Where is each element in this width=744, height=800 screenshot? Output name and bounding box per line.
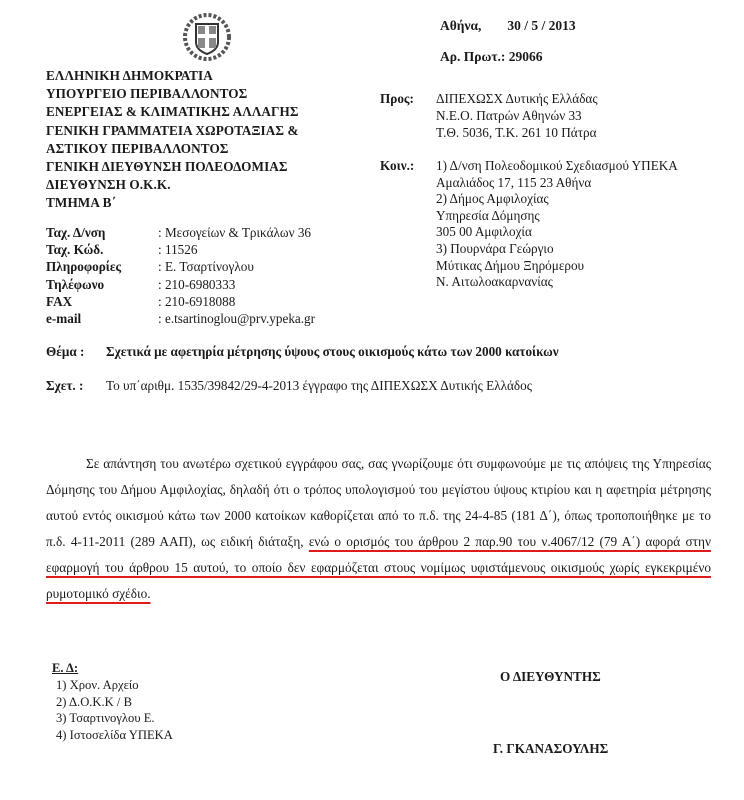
distribution-item: 4) Ιστοσελίδα ΥΠΕΚΑ [52, 727, 173, 744]
recipient-label: Προς: [380, 90, 436, 141]
contact-value: : 210-6918088 [158, 293, 235, 310]
contact-label: e-mail [46, 310, 158, 327]
cc-line: Μύτικας Δήμου Ξηρόμερου [436, 258, 678, 275]
cc-lines: 1) Δ/νση Πολεοδομικού Σχεδιασμού ΥΠΕΚΑ Α… [436, 158, 678, 291]
header-line: ΕΝΕΡΓΕΙΑΣ & ΚΛΙΜΑΤΙΚΗΣ ΑΛΛΑΓΗΣ [46, 103, 299, 121]
cc-line: 2) Δήμος Αμφιλοχίας [436, 191, 678, 208]
document-date: Αθήνα,30 / 5 / 2013 [440, 18, 576, 34]
contact-block: Ταχ. Δ/νση: Μεσογείων & Τρικάλων 36 Ταχ.… [46, 224, 315, 327]
contact-email: e-mail: e.tsartinoglou@prv.ypeka.gr [46, 310, 315, 327]
date-value: 30 / 5 / 2013 [507, 18, 575, 33]
recipient-line: Ν.Ε.Ο. Πατρών Αθηνών 33 [436, 107, 598, 124]
protocol-number: Αρ. Πρωτ.: 29066 [440, 49, 543, 65]
cc-line: Αμαλιάδος 17, 115 23 Αθήνα [436, 175, 678, 192]
contact-value: : 11526 [158, 241, 197, 258]
reference-label: Σχετ. : [46, 378, 106, 394]
contact-fax: FAX: 210-6918088 [46, 293, 315, 310]
contact-address: Ταχ. Δ/νση: Μεσογείων & Τρικάλων 36 [46, 224, 315, 241]
contact-info: Πληροφορίες: Ε. Τσαρτίνογλου [46, 258, 315, 275]
header-line: ΥΠΟΥΡΓΕΙΟ ΠΕΡΙΒΑΛΛΟΝΤΟΣ [46, 85, 299, 103]
body-paragraph: Σε απάντηση του ανωτέρω σχετικού εγγράφο… [46, 451, 711, 607]
distribution-item: 2) Δ.Ο.Κ.Κ / Β [52, 694, 173, 711]
recipient-line: ΔΙΠΕΧΩΣΧ Δυτικής Ελλάδας [436, 90, 598, 107]
distribution-title: Ε. Δ: [52, 660, 173, 677]
recipient-block: Προς: ΔΙΠΕΧΩΣΧ Δυτικής Ελλάδας Ν.Ε.Ο. Πα… [380, 90, 598, 141]
subject-value: Σχετικά με αφετηρία μέτρησης ύψους στους… [106, 344, 559, 360]
ministry-header: ΕΛΛΗΝΙΚΗ ΔΗΜΟΚΡΑΤΙΑ ΥΠΟΥΡΓΕΙΟ ΠΕΡΙΒΑΛΛΟΝ… [46, 67, 299, 213]
header-line: ΓΕΝΙΚΗ ΔΙΕΥΘΥΝΣΗ ΠΟΛΕΟΔΟΜΙΑΣ [46, 158, 299, 176]
cc-block: Κοιν.: 1) Δ/νση Πολεοδομικού Σχεδιασμού … [380, 158, 678, 291]
date-place: Αθήνα, [440, 18, 481, 33]
distribution-item: 3) Τσαρτινογλου Ε. [52, 710, 173, 727]
subject-label: Θέμα : [46, 344, 106, 360]
contact-value: : Ε. Τσαρτίνογλου [158, 258, 254, 275]
header-line: ΕΛΛΗΝΙΚΗ ΔΗΜΟΚΡΑΤΙΑ [46, 67, 299, 85]
distribution-item: 1) Χρον. Αρχείο [52, 677, 173, 694]
distribution-list: Ε. Δ: 1) Χρον. Αρχείο 2) Δ.Ο.Κ.Κ / Β 3) … [52, 660, 173, 744]
signature-title: Ο ΔΙΕΥΘΥΝΤΗΣ [500, 669, 601, 685]
header-line: ΤΜΗΜΑ Β΄ [46, 194, 299, 212]
cc-line: 1) Δ/νση Πολεοδομικού Σχεδιασμού ΥΠΕΚΑ [436, 158, 678, 175]
cc-label: Κοιν.: [380, 158, 436, 291]
signature-name: Γ. ΓΚΑΝΑΣΟΥΛΗΣ [493, 741, 608, 757]
contact-label: Ταχ. Δ/νση [46, 224, 158, 241]
header-line: ΓΕΝΙΚΗ ΓΡΑΜΜΑΤΕΙΑ ΧΩΡΟΤΑΞΙΑΣ & [46, 122, 299, 140]
greek-coat-of-arms-icon [182, 12, 232, 62]
cc-line: Υπηρεσία Δόμησης [436, 208, 678, 225]
reference-value: Το υπ΄αριθμ. 1535/39842/29-4-2013 έγγραφ… [106, 378, 532, 394]
reference-line: Σχετ. : Το υπ΄αριθμ. 1535/39842/29-4-201… [46, 378, 532, 394]
cc-line: Ν. Αιτωλοακαρνανίας [436, 274, 678, 291]
contact-label: Τηλέφωνο [46, 276, 158, 293]
subject-line: Θέμα : Σχετικά με αφετηρία μέτρησης ύψου… [46, 344, 559, 360]
contact-label: FAX [46, 293, 158, 310]
header-line: ΑΣΤΙΚΟΥ ΠΕΡΙΒΑΛΛΟΝΤΟΣ [46, 140, 299, 158]
contact-label: Πληροφορίες [46, 258, 158, 275]
recipient-line: Τ.Θ. 5036, Τ.Κ. 261 10 Πάτρα [436, 124, 598, 141]
contact-value: : e.tsartinoglou@prv.ypeka.gr [158, 310, 315, 327]
contact-label: Ταχ. Κώδ. [46, 241, 158, 258]
contact-value: : 210-6980333 [158, 276, 235, 293]
header-line: ΔΙΕΥΘΥΝΣΗ Ο.Κ.Κ. [46, 176, 299, 194]
contact-postcode: Ταχ. Κώδ.: 11526 [46, 241, 315, 258]
contact-phone: Τηλέφωνο: 210-6980333 [46, 276, 315, 293]
recipient-lines: ΔΙΠΕΧΩΣΧ Δυτικής Ελλάδας Ν.Ε.Ο. Πατρών Α… [436, 90, 598, 141]
cc-line: 305 00 Αμφιλοχία [436, 224, 678, 241]
contact-value: : Μεσογείων & Τρικάλων 36 [158, 224, 311, 241]
cc-line: 3) Πουρνάρα Γεώργιο [436, 241, 678, 258]
